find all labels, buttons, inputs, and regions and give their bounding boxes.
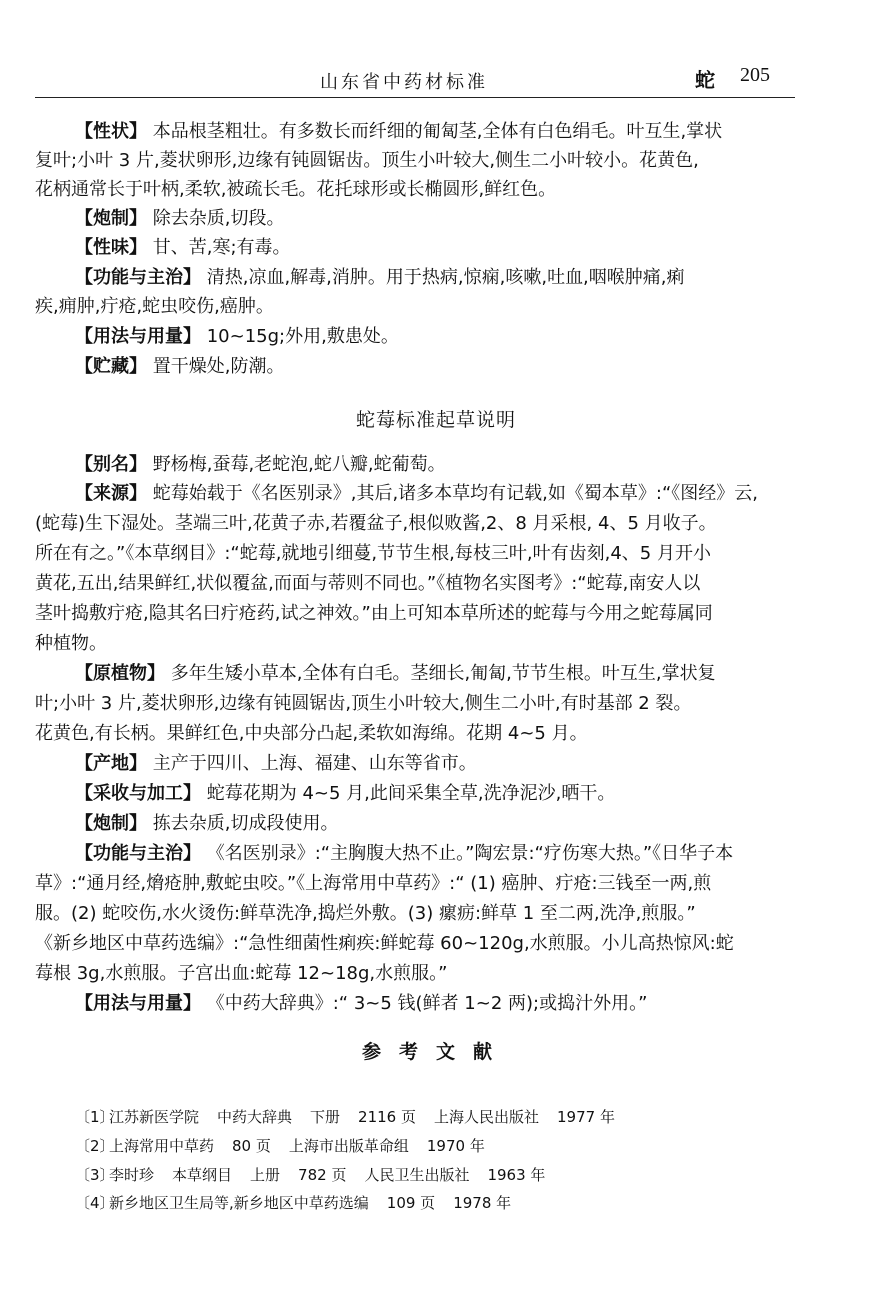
section-gongneng-notes-line-3: 服。(2) 蛇咬伤,水火烫伤:鲜草洗净,捣烂外敷。(3) 瘰疬:鲜草 1 至二两… xyxy=(35,902,795,926)
references-title: 参考文献 xyxy=(0,1037,872,1064)
notes-title: 蛇莓标准起草说明 xyxy=(0,405,872,432)
reference-item: 〔1〕江苏新医学院中药大辞典下册2116 页上海人民出版社1977 年 xyxy=(75,1107,633,1127)
section-xingwei: 【性味】 甘、苦,寒;有毒。 xyxy=(75,236,795,260)
section-gongneng-notes-line-5: 莓根 3g,水煎服。子宫出血:蛇莓 12~18g,水煎服。” xyxy=(35,962,795,986)
section-gongneng-line-2: 疾,痈肿,疔疮,蛇虫咬伤,癌肿。 xyxy=(35,295,795,319)
section-yuanzhiwu-line-2: 叶;小叶 3 片,菱状卵形,边缘有钝圆锯齿,顶生小叶较大,侧生二小叶,有时基部 … xyxy=(35,692,795,716)
section-gongneng-line-1: 【功能与主治】 清热,凉血,解毒,消肿。用于热病,惊痫,咳嗽,吐血,咽喉肿痛,痢 xyxy=(75,266,795,290)
section-paozhi-notes: 【炮制】 拣去杂质,切成段使用。 xyxy=(75,812,795,836)
section-yongfa-notes: 【用法与用量】 《中药大辞典》:“ 3~5 钱(鲜者 1~2 两);或捣汁外用。… xyxy=(75,992,795,1016)
section-laiyuan-line-5: 茎叶捣敷疔疮,隐其名曰疔疮药,试之神效。”由上可知本草所述的蛇莓与今用之蛇莓属同 xyxy=(35,602,795,626)
section-xingzhuang-line-3: 花柄通常长于叶柄,柔软,被疏长毛。花托球形或长椭圆形,鲜红色。 xyxy=(35,178,795,202)
reference-item: 〔3〕李时珍本草纲目上册782 页人民卫生出版社1963 年 xyxy=(75,1165,563,1185)
section-yongfa: 【用法与用量】 10~15g;外用,敷患处。 xyxy=(75,325,795,349)
reference-item: 〔2〕上海常用中草药80 页上海市出版革命组1970 年 xyxy=(75,1136,503,1156)
section-chandi: 【产地】 主产于四川、上海、福建、山东等省市。 xyxy=(75,752,795,776)
section-laiyuan-line-3: 所在有之。”《本草纲目》:“蛇莓,就地引细蔓,节节生根,每枝三叶,叶有齿刻,4、… xyxy=(35,542,795,566)
section-laiyuan-line-4: 黄花,五出,结果鲜红,状似覆盆,而面与蒂则不同也。”《植物名实图考》:“蛇莓,南… xyxy=(35,572,795,596)
section-yuanzhiwu-line-1: 【原植物】 多年生矮小草本,全体有白毛。茎细长,匍匐,节节生根。叶互生,掌状复 xyxy=(75,662,795,686)
section-gongneng-notes-line-2: 草》:“通月经,熁疮肿,敷蛇虫咬。”《上海常用中草药》:“ (1) 癌肿、疔疮:… xyxy=(35,872,795,896)
section-xingzhuang-line-2: 复叶;小叶 3 片,菱状卵形,边缘有钝圆锯齿。顶生小叶较大,侧生二小叶较小。花黄… xyxy=(35,149,795,173)
section-label: 【性状】 xyxy=(75,121,147,142)
section-gongneng-notes-line-1: 【功能与主治】 《名医别录》:“主胸腹大热不止。”陶宏景:“疗伤寒大热。”《日华… xyxy=(75,842,795,866)
section-laiyuan-line-2: (蛇莓)生下湿处。茎端三叶,花黄子赤,若覆盆子,根似败酱,2、8 月采根, 4、… xyxy=(35,512,795,536)
book-title: 山东省中药材标准 xyxy=(320,68,488,94)
header-rule xyxy=(35,97,795,98)
section-paozhi: 【炮制】 除去杂质,切段。 xyxy=(75,207,795,231)
reference-item: 〔4〕新乡地区卫生局等,新乡地区中草药选编109 页1978 年 xyxy=(75,1193,529,1213)
section-caishou: 【采收与加工】 蛇莓花期为 4~5 月,此间采集全草,洗净泥沙,晒干。 xyxy=(75,782,795,806)
section-zhucang: 【贮藏】 置干燥处,防潮。 xyxy=(75,355,795,379)
section-bieming: 【别名】 野杨梅,蚕莓,老蛇泡,蛇八瓣,蛇葡萄。 xyxy=(75,453,795,477)
running-header: 山东省中药材标准 蛇 205 xyxy=(35,60,795,100)
section-laiyuan-line-6: 种植物。 xyxy=(35,632,795,656)
entry-word: 蛇 xyxy=(695,64,715,93)
page-number: 205 xyxy=(740,64,770,87)
section-gongneng-notes-line-4: 《新乡地区中草药选编》:“急性细菌性痢疾:鲜蛇莓 60~120g,水煎服。小儿高… xyxy=(35,932,795,956)
section-yuanzhiwu-line-3: 花黄色,有长柄。果鲜红色,中央部分凸起,柔软如海绵。花期 4~5 月。 xyxy=(35,722,795,746)
section-laiyuan-line-1: 【来源】 蛇莓始载于《名医别录》,其后,诸多本草均有记载,如《蜀本草》:“《图经… xyxy=(75,482,795,506)
section-xingzhuang-line-1: 【性状】 本品根茎粗壮。有多数长而纤细的匍匐茎,全体有白色绢毛。叶互生,掌状 xyxy=(75,120,795,144)
